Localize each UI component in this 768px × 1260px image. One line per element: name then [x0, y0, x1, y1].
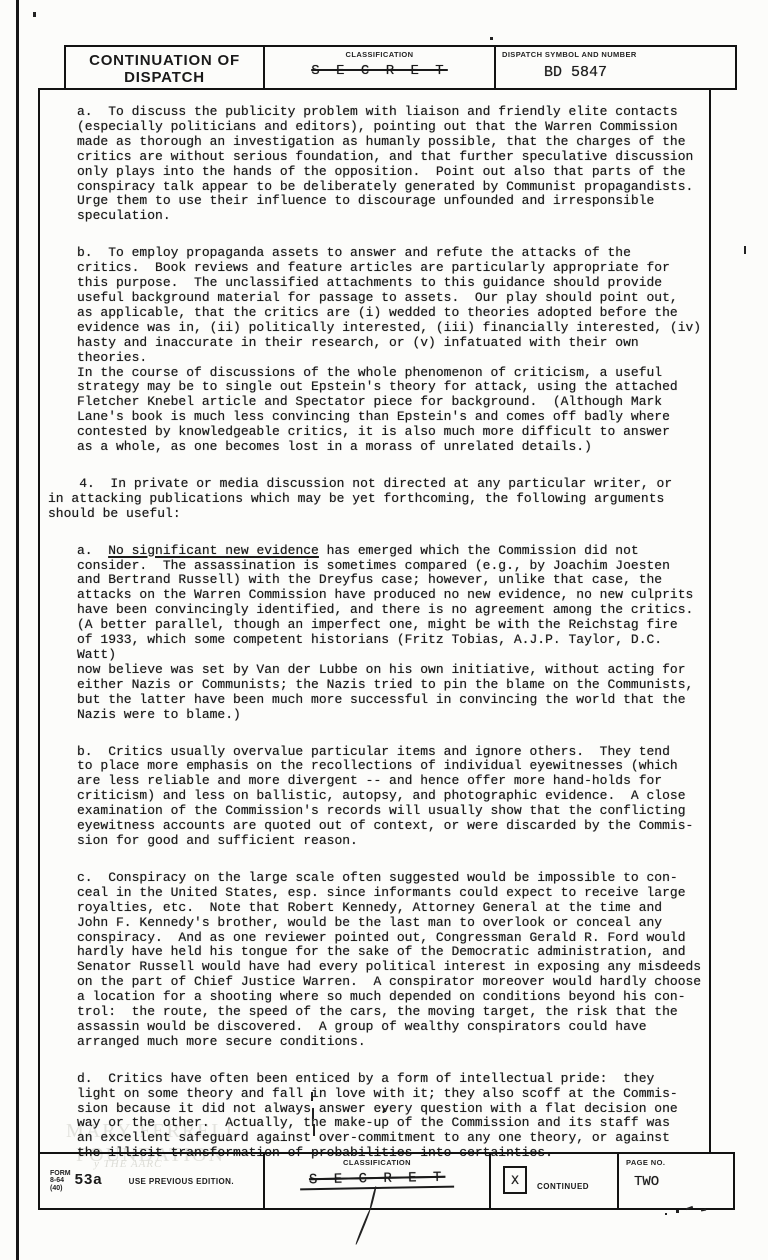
paragraph-4a-prefix: a. — [77, 543, 108, 558]
dispatch-symbol-label: DISPATCH SYMBOL AND NUMBER — [496, 47, 735, 59]
scan-scratch — [355, 1209, 371, 1245]
continued-checkbox: X — [503, 1166, 527, 1194]
scan-speck — [33, 12, 36, 17]
form-label-stack: FORM 8-64 (40) — [50, 1170, 71, 1193]
paragraph-4a: a. No significant new evidence has emerg… — [77, 544, 703, 723]
form-number: 53a — [75, 1171, 103, 1188]
page-title-line2: DISPATCH — [66, 69, 263, 86]
scan-speck — [311, 1092, 313, 1101]
footer-classification-label: CLASSIFICATION — [265, 1158, 489, 1167]
form-edition-date: 8-64 — [50, 1177, 71, 1185]
page-number-cell: PAGE NO. TWO — [619, 1154, 733, 1208]
scan-edge-line — [16, 0, 19, 1260]
footer-classification-secret-struck: S E C R E T — [300, 1170, 455, 1191]
page-title: CONTINUATION OF DISPATCH — [66, 52, 263, 86]
scan-speck — [665, 1213, 667, 1215]
classification-label: CLASSIFICATION — [265, 50, 494, 59]
header-classification-cell: CLASSIFICATION S E C R E T — [265, 47, 496, 88]
footer-classification-cell: CLASSIFICATION S E C R E T — [265, 1154, 491, 1208]
scan-speck — [490, 37, 493, 40]
page-title-line1: CONTINUATION OF — [66, 52, 263, 69]
scan-speck — [744, 246, 746, 254]
scan-speck — [313, 1124, 315, 1136]
form-number-cell: FORM 8-64 (40) 53a USE PREVIOUS EDITION. — [40, 1154, 265, 1208]
scanned-dispatch-page: MARY FERRELL FOUNDATION y THE AARC CONTI… — [0, 0, 768, 1260]
dispatch-number: BD 5847 — [544, 64, 607, 81]
paragraph-4a-rest: has emerged which the Commission did not… — [77, 543, 693, 722]
paragraph-3b: b. To employ propaganda assets to answer… — [77, 246, 703, 455]
classification-secret-struck: S E C R E T — [302, 63, 456, 79]
form-label: FORM — [50, 1170, 71, 1178]
scan-speck — [676, 1210, 679, 1213]
continuation-of-dispatch-title-cell: CONTINUATION OF DISPATCH — [66, 47, 265, 88]
form-edition-code: (40) — [50, 1185, 71, 1193]
page-number-label: PAGE NO. — [619, 1154, 733, 1167]
dispatch-footer-box: FORM 8-64 (40) 53a USE PREVIOUS EDITION.… — [38, 1152, 735, 1210]
page-number-value: TWO — [634, 1174, 659, 1190]
continued-label: CONTINUED — [537, 1182, 589, 1191]
section-4-intro: 4. In private or media discussion not di… — [48, 477, 703, 522]
paragraph-4b: b. Critics usually overvalue particular … — [77, 745, 703, 849]
dispatch-body-box: a. To discuss the publicity problem with… — [38, 88, 711, 1152]
scan-speck — [312, 1108, 314, 1119]
paragraph-3a: a. To discuss the publicity problem with… — [77, 105, 703, 224]
use-previous-edition-note: USE PREVIOUS EDITION. — [129, 1177, 234, 1186]
continued-cell: X CONTINUED — [491, 1154, 619, 1208]
paragraph-4a-underlined-phrase: No significant new evidence — [108, 543, 319, 558]
scan-speck — [701, 1209, 706, 1212]
dispatch-symbol-cell: DISPATCH SYMBOL AND NUMBER BD 5847 — [496, 47, 735, 88]
paragraph-4d: d. Critics have often been enticed by a … — [77, 1072, 703, 1161]
paragraph-4c: c. Conspiracy on the large scale often s… — [77, 871, 703, 1050]
dispatch-header-box: CONTINUATION OF DISPATCH CLASSIFICATION … — [64, 45, 737, 90]
